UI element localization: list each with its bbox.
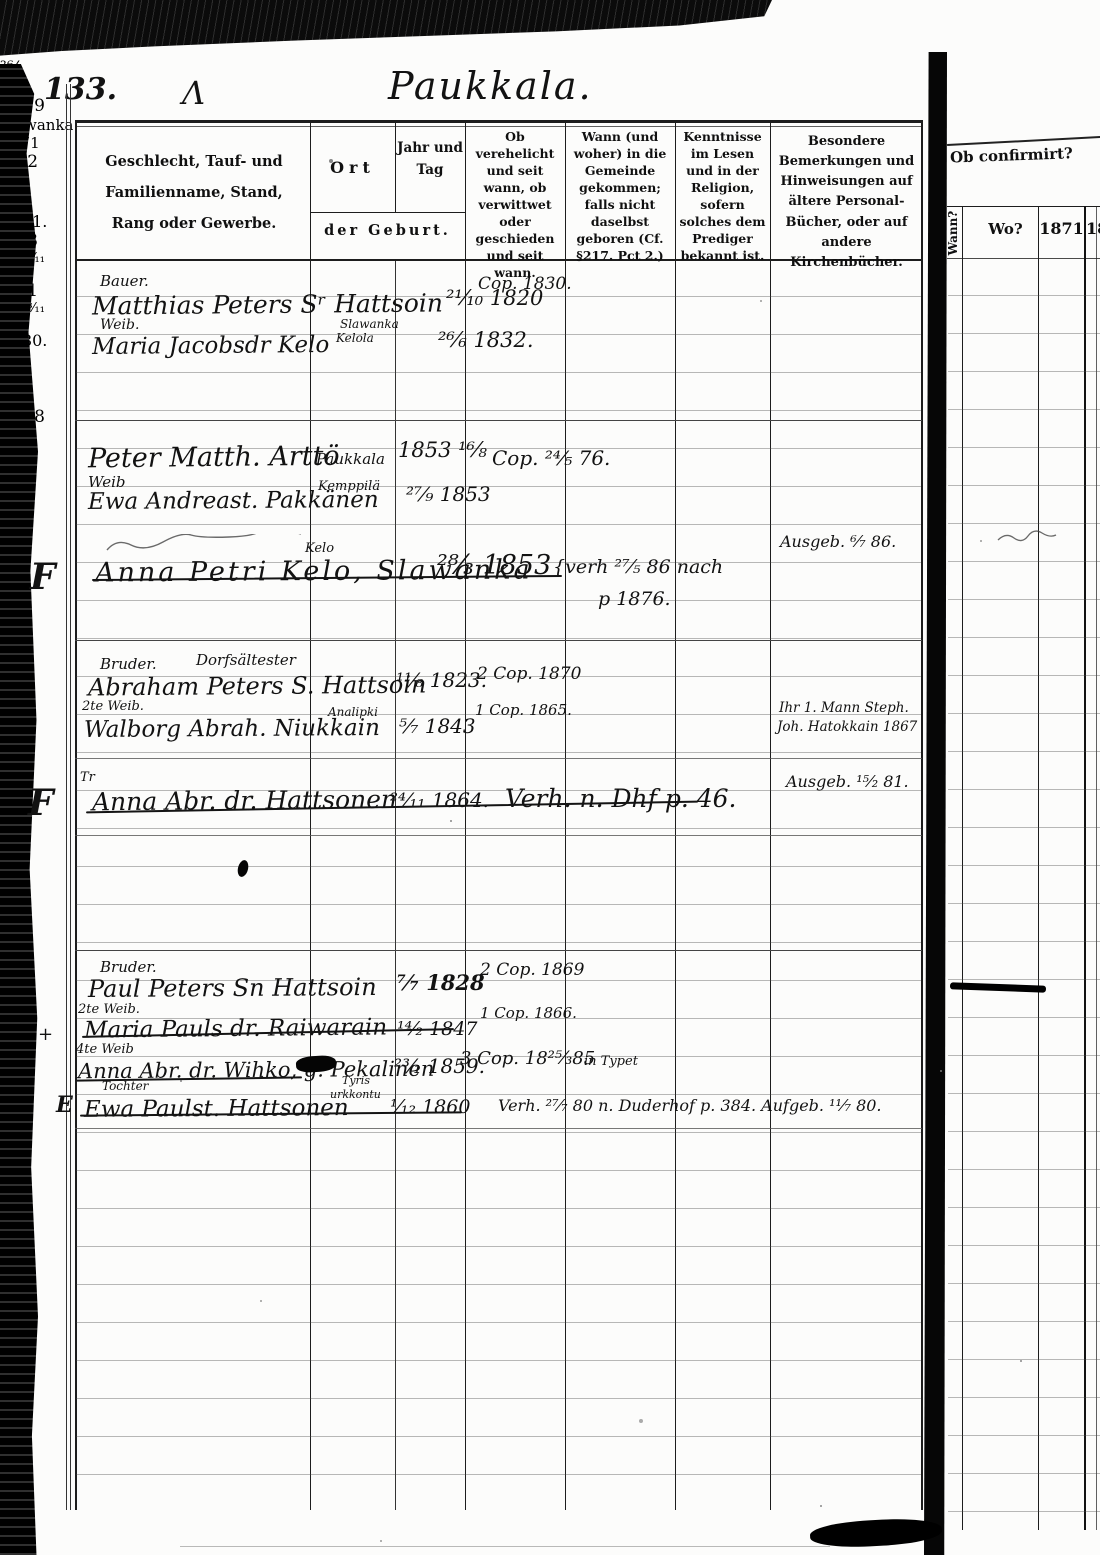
geburt-split-line: [310, 212, 465, 213]
table-top-border-inner: [75, 126, 922, 127]
insertion-mark: Λ: [182, 74, 205, 112]
entry-role: Bruder.: [100, 655, 157, 673]
entry-birth: ²⁶⁄₆ 1832.: [438, 328, 534, 352]
entry-note: {verh ²⁷⁄₅ 86 nach: [553, 556, 723, 578]
header-verehelicht: Ob verehelicht und seit wann, ob verwitt…: [467, 128, 563, 281]
entry-ort: Slawanka: [340, 317, 399, 331]
group-line: [75, 835, 922, 836]
scanned-register-page: 133. Λ Paukkala. Geschlecht, Tauf- und F…: [0, 0, 1100, 1555]
margin-rule: [70, 84, 71, 1510]
entry-birth: ²⁴⁄₁₁ 1864.: [390, 788, 489, 812]
entry-name: Matthias Peters Sʳ Hattsoin: [92, 288, 443, 320]
entry-birth: 1853 ¹⁶⁄₈: [398, 438, 487, 462]
entry-name: Maria Pauls dr. Raiwarain: [84, 1014, 387, 1043]
faint-scribble: [105, 534, 305, 556]
entry-role: Bauer.: [100, 272, 149, 290]
header-name-col: Geschlecht, Tauf- und Familienname, Stan…: [82, 146, 306, 240]
entry-birth: ²⁷⁄₉ 1853: [406, 482, 491, 506]
entry-ort: Tyris: [342, 1074, 370, 1087]
entry-role2: Dorfsältester: [196, 651, 296, 669]
margin-mark: E: [56, 1092, 73, 1118]
entry-marriage: Cop. ²⁴⁄₅ 76.: [492, 446, 610, 470]
entry-name: Ewa Paulst. Hattsonen: [84, 1095, 349, 1123]
page-number: 133.: [44, 72, 117, 107]
entry-birth: ¹⁄₁₂ 1860: [390, 1096, 470, 1118]
entry-role: 2te Weib.: [82, 699, 144, 714]
entry-ort: Kelo: [305, 541, 334, 556]
entry-role: Bruder.: [100, 958, 157, 976]
right-col-wo: Wo?: [978, 220, 1033, 238]
entry-name: Paul Peters Sn Hattsoin: [88, 973, 377, 1003]
entry-remark: Ausgeb. ¹⁵⁄₂ 81.: [786, 772, 909, 791]
entry-marriage: 1 Cop. 1866.: [480, 1004, 577, 1022]
table-top-border: [75, 120, 922, 123]
header-kenntnisse: Kenntnisse im Lesen und in der Religion,…: [677, 128, 768, 264]
group-line: [75, 640, 922, 641]
entry-birth: ⁵⁄₇ 1843: [399, 714, 476, 738]
group-line: [75, 950, 922, 951]
group-line: [75, 1128, 922, 1129]
entry-note: Verh. n. Dhf p. 46.: [505, 784, 737, 813]
right-ruled-lines: [948, 258, 1100, 1530]
scan-bottom-blob: [809, 1517, 942, 1550]
entry-note: Verh. ²⁷⁄₇ 80 n. Duderhof p. 384. Aufgeb…: [498, 1096, 882, 1115]
entry-name: Abraham Peters S. Hattsoin: [88, 671, 427, 702]
header-gemeinde: Wann (und woher) in die Gemeinde gekomme…: [567, 128, 673, 264]
entry-name: Peter Matth. Arttö: [88, 441, 340, 475]
entry-ort: Paukkala: [316, 450, 385, 468]
entry-ort2: Kelola: [336, 331, 374, 345]
entry-remark: Ausgeb. ⁶⁄₇ 86.: [780, 532, 896, 551]
entry-marriage: 2 Cop. 1869: [480, 960, 584, 980]
entry-role: 2te Weib.: [78, 1002, 140, 1017]
entry-marriage: 2 Cop. 1870: [477, 664, 581, 684]
entry-birth: ⁷⁄₇ 1828: [397, 970, 485, 995]
entry-marriage: Cop. 1830.: [478, 274, 572, 294]
right-col-1871: 1871: [1039, 219, 1084, 238]
header-bemerkungen: Besondere Bemerkungen und Hinweisungen a…: [774, 132, 919, 273]
entry-name: Maria Jacobsdr Kelo: [92, 332, 329, 360]
entry-remark: Ihr 1. Mann Steph.: [779, 700, 909, 716]
entry-marriage: 3 Cop. 18²⁵⁄₃85: [460, 1048, 595, 1069]
header-jahr-tag: Jahr und Tag: [397, 138, 463, 181]
entry-role: Weib.: [100, 317, 139, 333]
scan-bottom-edge-line: [180, 1546, 830, 1547]
header-der-geburt: der Geburt.: [312, 222, 463, 239]
entry-note: in Typet: [584, 1054, 638, 1069]
header-ort: Ort: [310, 158, 395, 177]
entry-role: Tochter: [102, 1079, 148, 1093]
group-line: [75, 420, 922, 421]
entry-role: Tr: [80, 770, 95, 785]
right-col-18: 18: [1086, 219, 1100, 238]
entry-marriage: 1 Cop. 1865.: [475, 701, 572, 719]
entry-remark2: Joh. Hatokkain 1867: [777, 719, 917, 735]
group-line: [75, 758, 922, 759]
entry-ort: Kemppilä: [318, 479, 380, 494]
margin-mark: F: [30, 556, 56, 598]
entry-name: Walborg Abrah. Niukkain: [84, 715, 380, 743]
entry-role: 4te Weib: [76, 1042, 134, 1057]
right-header-line: [947, 206, 1100, 207]
right-scribble: [996, 530, 1058, 546]
margin-mark: F: [28, 782, 54, 824]
margin-mark: +: [38, 1024, 53, 1045]
margin-rule: [66, 84, 67, 1510]
right-col-wann: Wann?: [946, 203, 960, 263]
entry-birth: ¹¹⁄₈ 1823.: [396, 668, 487, 692]
entry-note2: p 1876.: [598, 588, 671, 610]
table-outer-right: [921, 120, 923, 1510]
column-line: [395, 120, 396, 212]
page-title: Paukkala.: [388, 64, 593, 108]
